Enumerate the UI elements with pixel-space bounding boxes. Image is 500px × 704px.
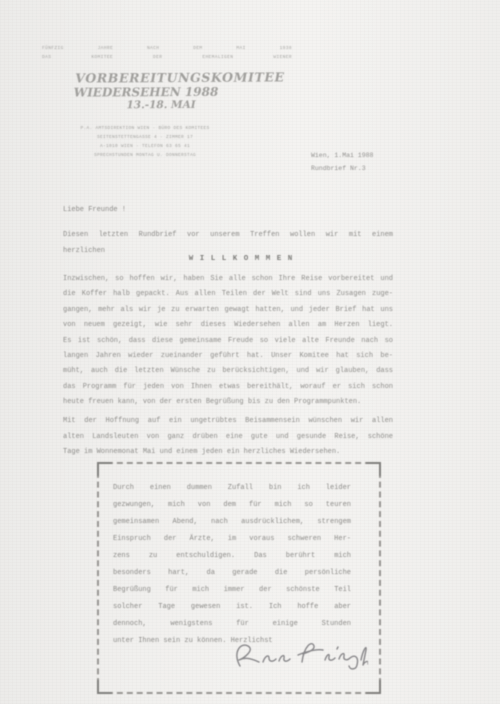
box-corner-top-right bbox=[366, 462, 381, 476]
paragraph-line: das Programm für jeden von Ihnen etwas b… bbox=[63, 380, 393, 395]
willkommen-banner: W I L L K O M M E N bbox=[63, 255, 393, 263]
letterhead-title-line-2: WIEDERSEHEN 1988 bbox=[38, 85, 254, 100]
letterhead-address-line: A-1010 WIEN · TELEFON 63 65 41 bbox=[38, 142, 252, 151]
letterhead-address-line: SPRECHSTUNDEN MONTAG U. DONNERSTAG bbox=[38, 151, 252, 160]
letterhead-address-line: P.A. AMTSDIREKTION WIEN · BÜRO DES KOMIT… bbox=[38, 124, 252, 133]
paragraph-line: Inzwischen, so hoffen wir, haben Sie all… bbox=[63, 272, 393, 287]
dateline-block: Wien, 1.Mai 1988 Rundbrief Nr.3 bbox=[311, 150, 401, 175]
paragraph-line: Tage im Wonnemonat Mai und einem jeden e… bbox=[63, 445, 393, 461]
boxed-paragraph-line: dennoch, wenigstens für einige Stunden bbox=[113, 616, 351, 633]
scanned-letter-page: FÜNFZIG JAHRE NACH DEM MAI 1938DAS KOMIT… bbox=[0, 0, 500, 704]
main-paragraph-2: Mit der Hoffnung auf ein ungetrübtes Bei… bbox=[63, 414, 393, 461]
paragraph-line: heute freuen kann, von der ersten Begrüß… bbox=[63, 395, 393, 410]
paragraph-line: von neuem gezeigt, wie sehr dieses Wiede… bbox=[63, 318, 393, 333]
letterhead-title-line-1: VORBEREITUNGSKOMITEE bbox=[38, 69, 322, 85]
scan-layer: FÜNFZIG JAHRE NACH DEM MAI 1938DAS KOMIT… bbox=[0, 0, 500, 704]
boxed-paragraph: Durch einen dummen Zufall bin ich leider… bbox=[113, 480, 351, 650]
boxed-paragraph-line: besonders hart, da gerade die persönlich… bbox=[113, 565, 351, 582]
signature-scribble bbox=[228, 634, 368, 684]
boxed-paragraph-line: Durch einen dummen Zufall bin ich leider bbox=[113, 480, 351, 497]
letterhead-title-line-3: 13.-18. MAI bbox=[38, 98, 284, 112]
handwritten-signature bbox=[228, 634, 368, 684]
boxed-paragraph-line: gezwungen, mich von dem für mich so teur… bbox=[113, 497, 351, 514]
letterhead-title: VORBEREITUNGSKOMITEE WIEDERSEHEN 1988 13… bbox=[38, 69, 322, 112]
paragraph-line: alten Landsleuten von ganz drüben eine g… bbox=[63, 430, 393, 446]
paragraph-line: Es ist schön, dass diese gemeinsame Freu… bbox=[63, 334, 393, 349]
box-corner-bottom-right bbox=[366, 680, 381, 694]
letterhead-top-line: FÜNFZIG JAHRE NACH DEM MAI 1938 bbox=[42, 44, 292, 53]
paragraph-line: gangen, mehr als wir je zu erwarten gewa… bbox=[63, 303, 393, 318]
boxed-paragraph-line: gemeinsamen Abend, nach ausdrücklichem, … bbox=[113, 514, 351, 531]
main-paragraph-1: Inzwischen, so hoffen wir, haben Sie all… bbox=[63, 272, 393, 411]
box-corner-top-left bbox=[97, 462, 112, 476]
paragraph-line: Mit der Hoffnung auf ein ungetrübtes Bei… bbox=[63, 414, 393, 430]
intro-line: Diesen letzten Rundbrief vor unserem Tre… bbox=[63, 227, 393, 243]
dateline-reference: Rundbrief Nr.3 bbox=[311, 163, 401, 176]
dateline-place-date: Wien, 1.Mai 1988 bbox=[311, 150, 401, 163]
boxed-paragraph-line: zens zu entschuldigen. Das berührt mich bbox=[113, 548, 351, 565]
paragraph-line: die Koffer halb gepackt. Aus allen Teile… bbox=[63, 287, 393, 302]
letterhead-top-line: DAS KOMITEE DER EHEMALIGEN WIENER bbox=[42, 53, 292, 62]
salutation: Liebe Freunde ! bbox=[63, 206, 126, 214]
paragraph-line: langen Jahren wieder zueinander geführt … bbox=[63, 349, 393, 364]
box-corner-bottom-left bbox=[97, 680, 112, 694]
boxed-paragraph-line: Einspruch der Ärzte, im voraus schweren … bbox=[113, 531, 351, 548]
boxed-paragraph-line: solcher Tage gewesen ist. Ich hoffe aber bbox=[113, 599, 351, 616]
letterhead-top-lines: FÜNFZIG JAHRE NACH DEM MAI 1938DAS KOMIT… bbox=[42, 44, 292, 62]
letterhead-address-block: P.A. AMTSDIREKTION WIEN · BÜRO DES KOMIT… bbox=[38, 124, 252, 160]
boxed-paragraph-line: Begrüßung für mich immer der schönste Te… bbox=[113, 582, 351, 599]
paragraph-line: müht, auch die letzten Wünsche zu berück… bbox=[63, 364, 393, 379]
letterhead-address-line: SEITENSTETTENGASSE 4 · ZIMMER 17 bbox=[38, 133, 252, 142]
